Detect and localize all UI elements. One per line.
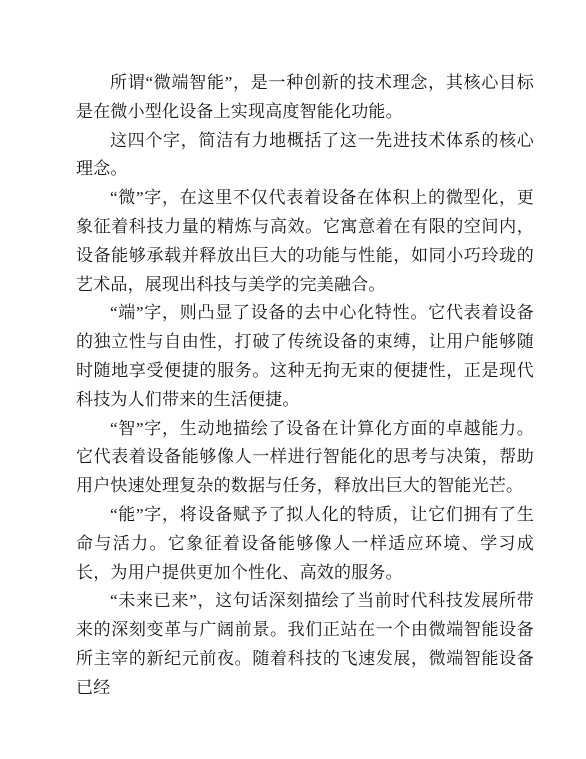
paragraph-wei-character: “微”字，在这里不仅代表着设备在体积上的微型化，更象征着科技力量的精炼与高效。它…: [76, 184, 534, 299]
paragraph-neng-character: “能”字，将设备赋予了拟人化的特质，让它们拥有了生命与活力。它象征着设备能够像人…: [76, 501, 534, 587]
paragraph-intro: 所谓“微端智能”，是一种创新的技术理念，其核心目标是在微小型化设备上实现高度智能…: [76, 69, 534, 127]
paragraph-duan-character: “端”字，则凸显了设备的去中心化特性。它代表着设备的独立性与自由性，打破了传统设…: [76, 299, 534, 414]
paragraph-zhi-character: “智”字，生动地描绘了设备在计算化方面的卓越能力。它代表着设备能够像人一样进行智…: [76, 415, 534, 501]
document-page: 所谓“微端智能”，是一种创新的技术理念，其核心目标是在微小型化设备上实现高度智能…: [0, 0, 586, 759]
paragraph-future: “未来已来”，这句话深刻描绘了当前时代科技发展所带来的深刻变革与广阔前景。我们正…: [76, 587, 534, 702]
paragraph-four-words: 这四个字，简洁有力地概括了这一先进技术体系的核心理念。: [76, 127, 534, 185]
